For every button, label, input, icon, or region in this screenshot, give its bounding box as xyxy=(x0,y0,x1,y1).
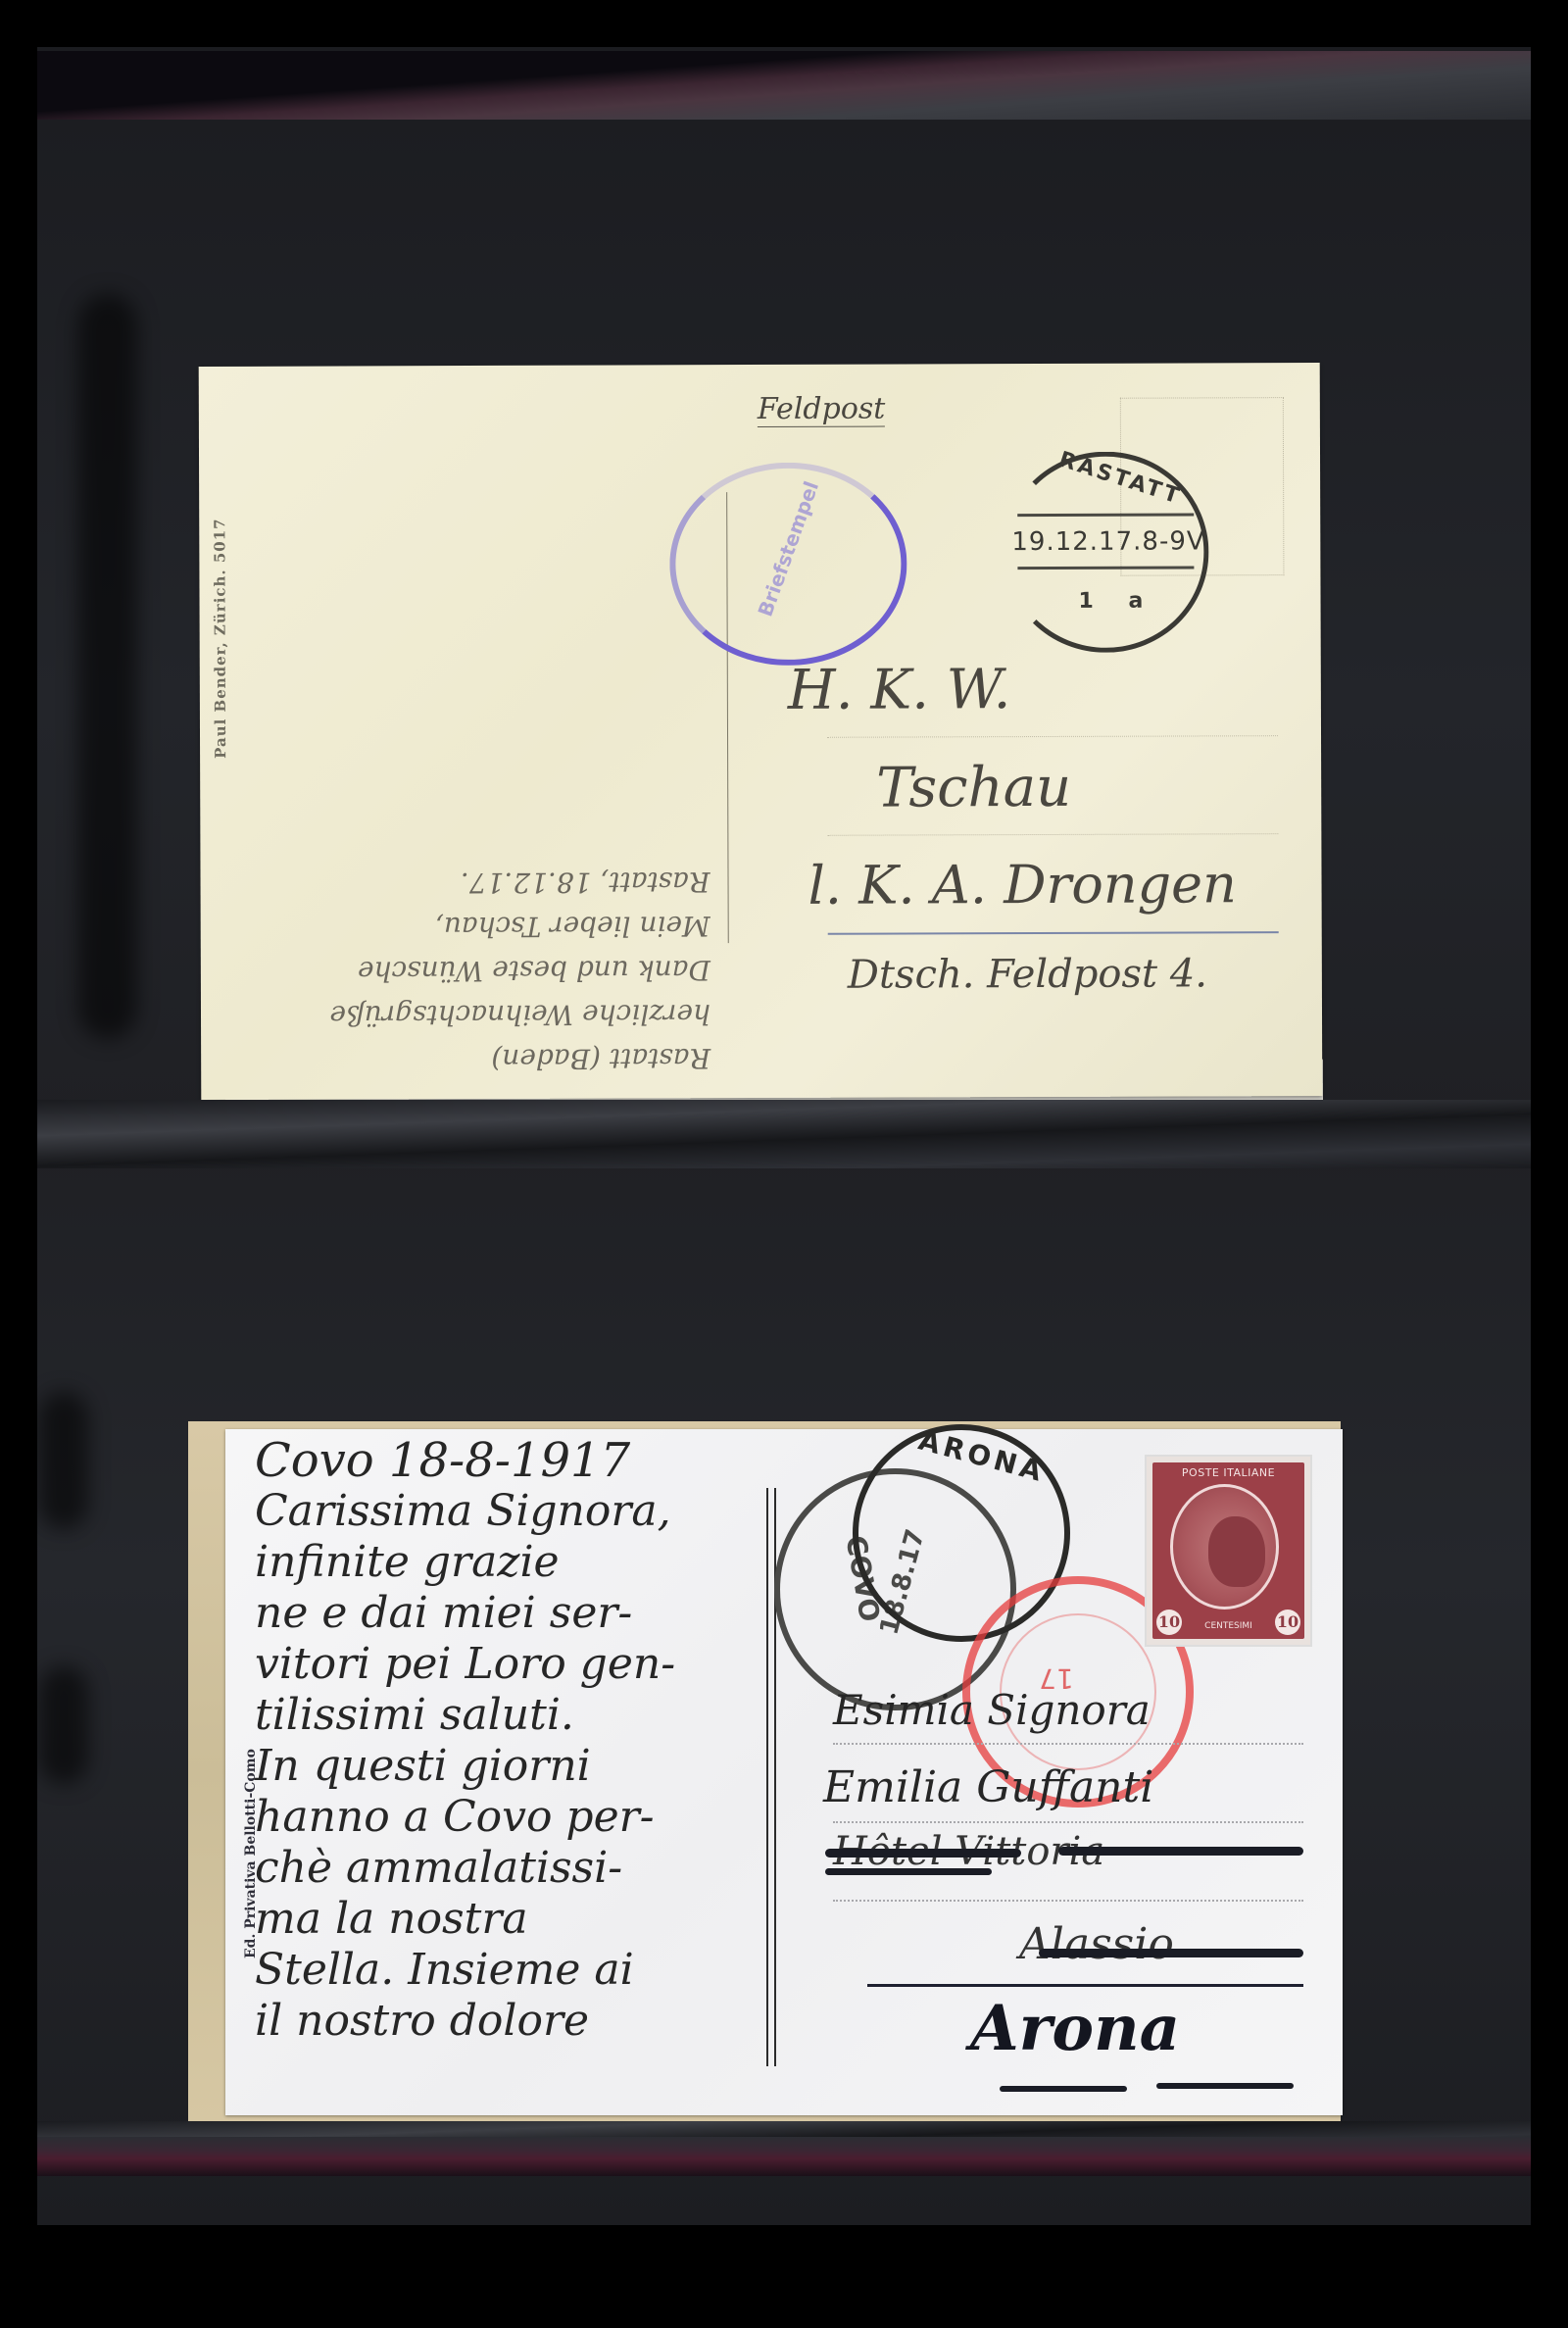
message-line: Rastatt (Baden) xyxy=(240,1036,710,1082)
address-line-crossed: Alassio xyxy=(1019,1919,1174,1969)
message-line: Stella. Insieme ai xyxy=(255,1945,764,1996)
message-line: Mein lieber Tschau, xyxy=(240,904,710,950)
message-line: In questi giorni xyxy=(255,1741,764,1792)
message-line: chè ammalatissi- xyxy=(255,1843,764,1894)
redirect-address: Arona xyxy=(970,1992,1180,2065)
message-line: infinite grazie xyxy=(255,1537,764,1588)
message-line: il nostro dolore xyxy=(255,1996,764,2047)
address-line: Dtsch. Feldpost 4. xyxy=(848,951,1207,997)
postmark-code: 1 a xyxy=(1078,589,1156,614)
message-upside-down: Rastatt (Baden) herzliche Weihnachtsgrüß… xyxy=(238,394,710,1082)
message-line: Carissima Signora, xyxy=(255,1486,764,1537)
album-strip xyxy=(37,1100,1531,1168)
postcard-top: Paul Bender, Zürich. 5017 Rastatt (Baden… xyxy=(199,363,1323,1100)
page-shadow xyxy=(78,294,137,1039)
page-shadow xyxy=(39,1666,88,1784)
message-line: tilissimi saluti. xyxy=(255,1690,764,1741)
message-line: ma la nostra xyxy=(255,1894,764,1945)
stamp-denomination: 10 xyxy=(1275,1610,1300,1635)
album-binding-bottom xyxy=(37,2137,1531,2176)
message-line: herzliche Weihnachtsgrüße xyxy=(240,992,710,1038)
message-line: hanno a Covo per- xyxy=(255,1792,764,1843)
address-line: H. K. W. xyxy=(788,658,1011,722)
message-line: vitori pei Loro gen- xyxy=(255,1639,764,1690)
stamp-country: POSTE ITALIANE xyxy=(1152,1466,1304,1479)
message-date: Covo 18-8-1917 xyxy=(255,1435,764,1486)
album-binding-top xyxy=(37,51,1531,120)
address-line: Esimia Signora xyxy=(833,1686,1151,1734)
page-shadow xyxy=(39,1392,88,1529)
message: Covo 18-8-1917 Carissima Signora, infini… xyxy=(255,1435,764,2047)
postmark-rastatt: RASTATT 19.12.17.8-9V. 1 a xyxy=(1003,451,1209,653)
publisher-imprint: Paul Bender, Zürich. 5017 xyxy=(211,518,229,759)
message-line: Dank und beste Wünsche xyxy=(240,948,710,994)
message-line: Rastatt, 18.12.17. xyxy=(239,860,710,906)
king-portrait-icon xyxy=(1208,1516,1265,1587)
postcard-bottom: Ed. Privativa Bellotti-Como Covo 18-8-19… xyxy=(225,1429,1343,2115)
feldpost-note: Feldpost xyxy=(758,392,886,427)
postmark-date: 19.12.17.8-9V. xyxy=(1011,526,1210,557)
message-line: ne e dai miei ser- xyxy=(255,1588,764,1639)
address-line: Emilia Guffanti xyxy=(823,1762,1153,1812)
postage-stamp: POSTE ITALIANE 10 CENTESIMI 10 xyxy=(1147,1457,1310,1645)
address-line: Tschau xyxy=(876,756,1071,820)
violet-handstamp: Briefstempel xyxy=(669,462,907,666)
address-line: l. K. A. Drongen xyxy=(808,853,1237,916)
